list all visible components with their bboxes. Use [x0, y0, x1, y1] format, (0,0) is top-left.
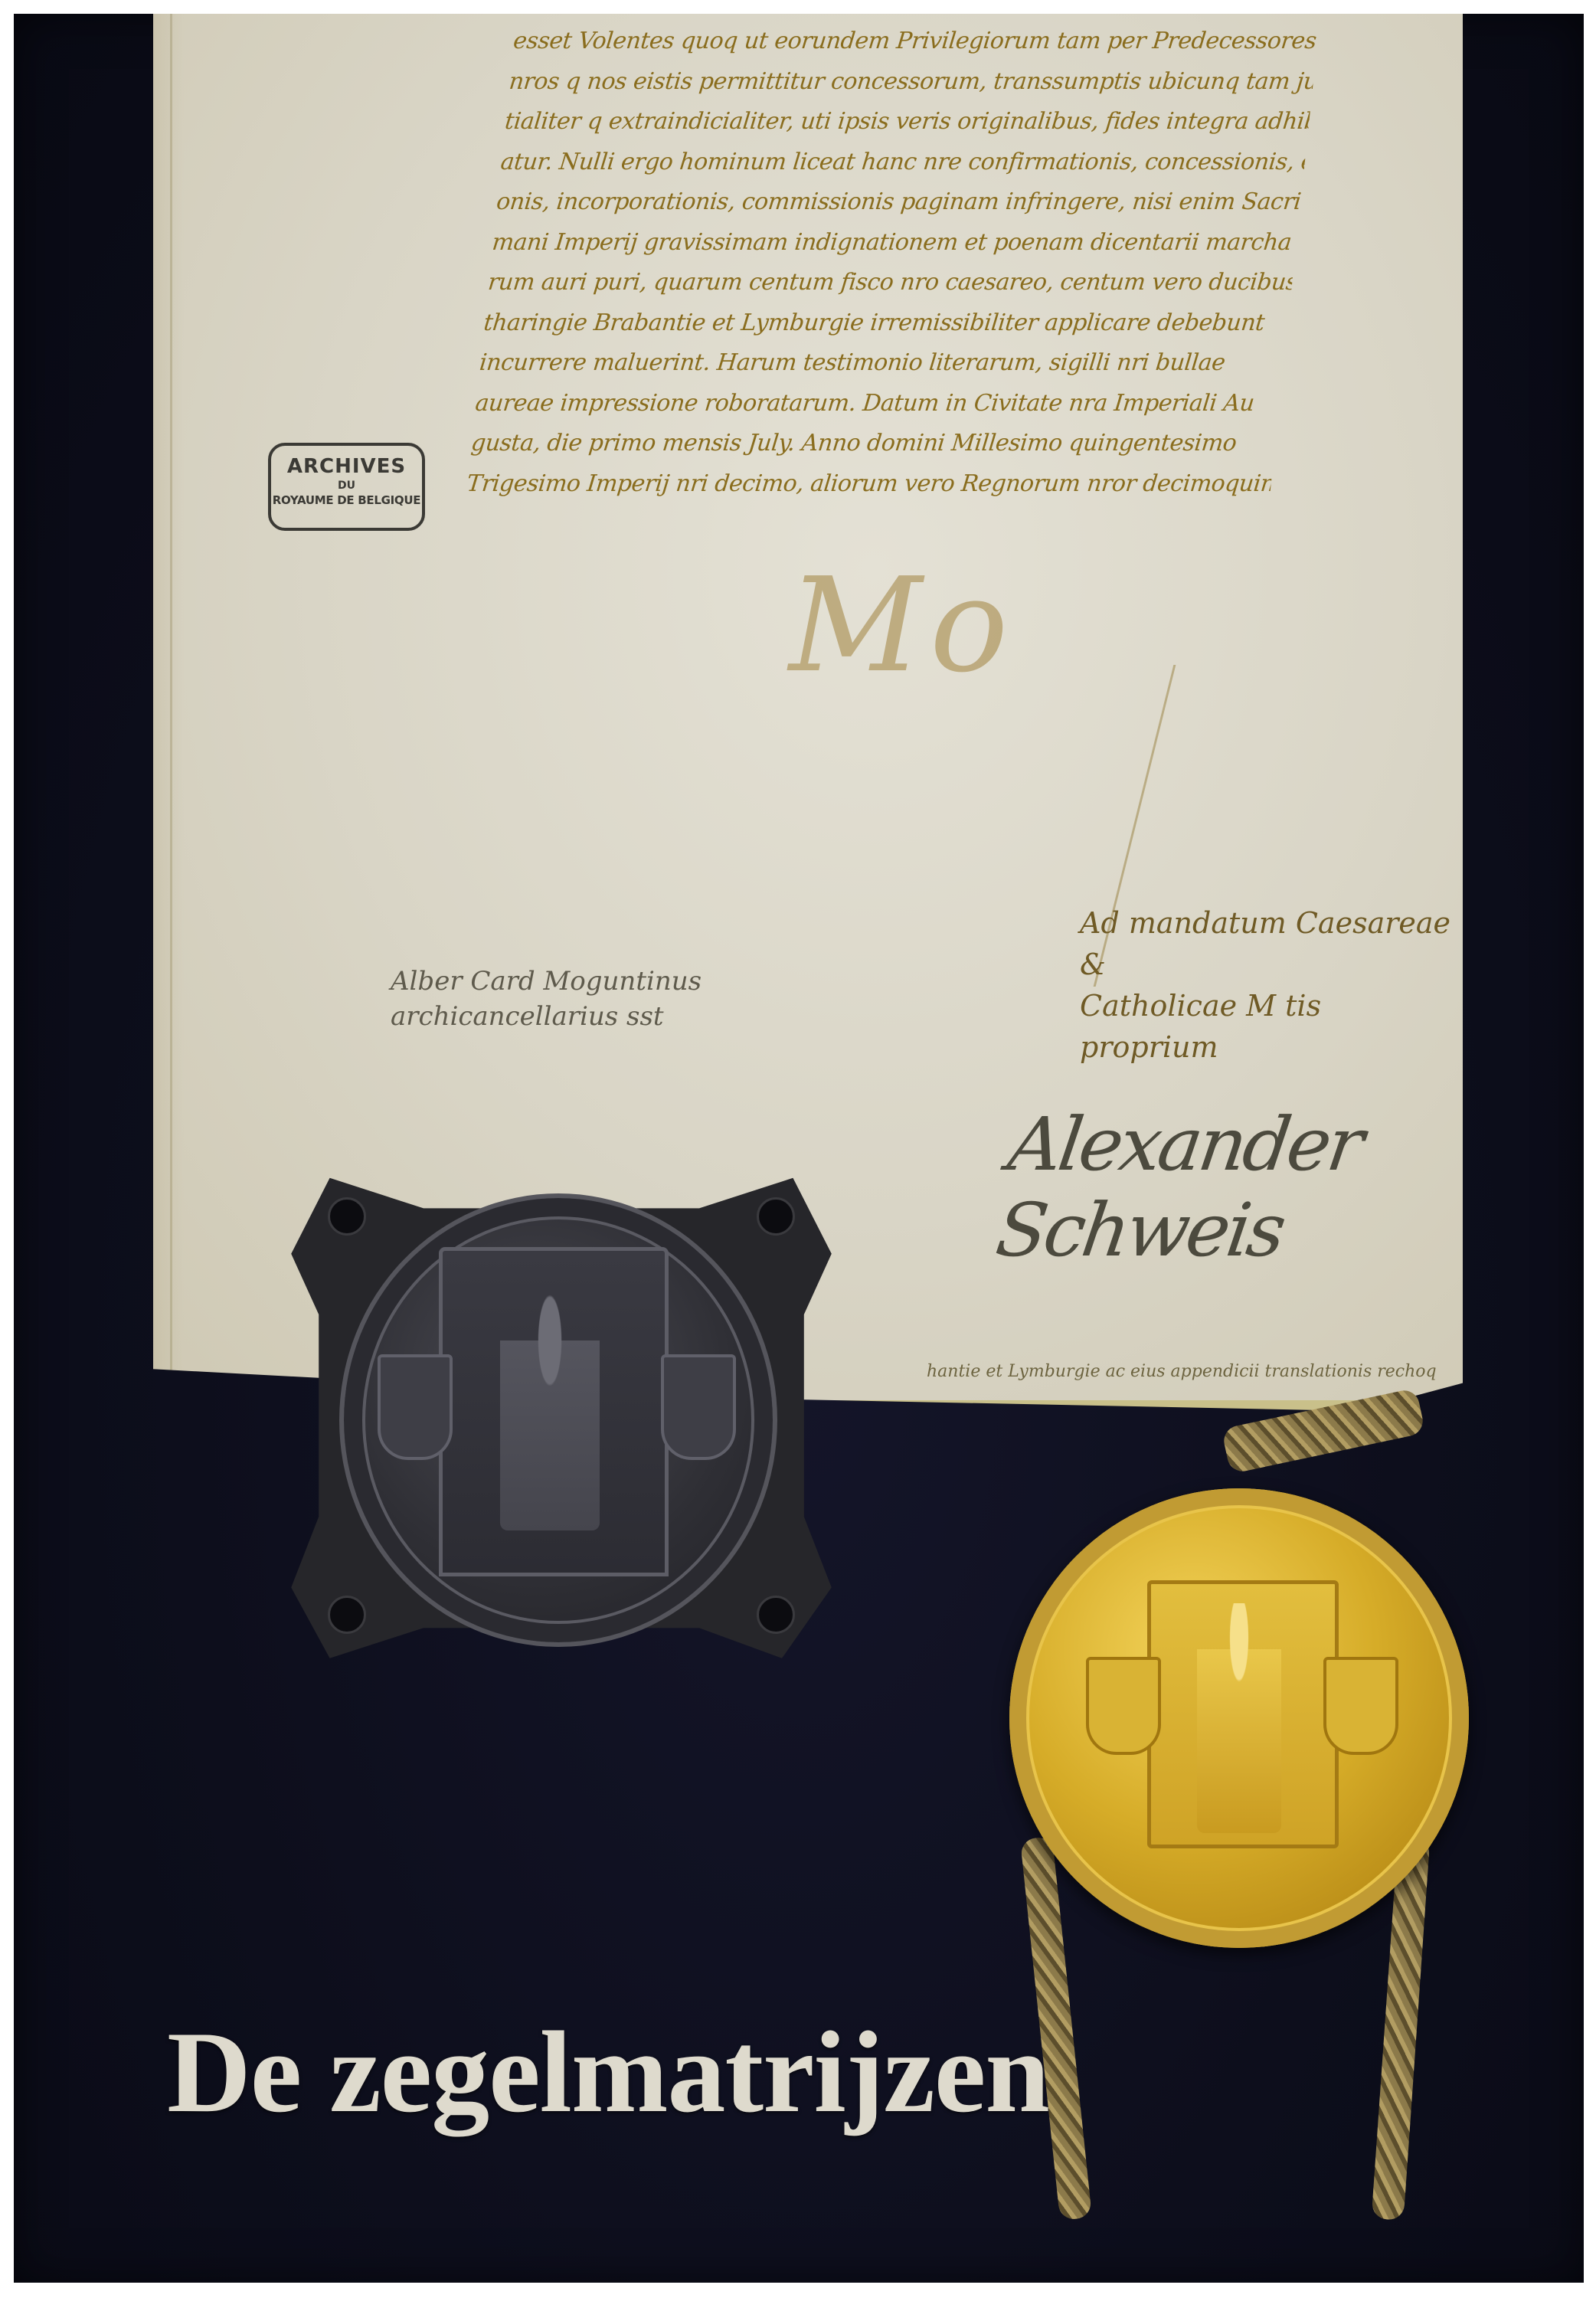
latin-line: tharingie Brabantie et Lymburgie irremis…	[482, 303, 1290, 344]
bottom-note: hantie et Lymburgie ac eius appendicii t…	[927, 1362, 1437, 1381]
matrix-hole	[757, 1596, 795, 1634]
latin-text-block: esset Volentes quoq ut eorundem Privileg…	[465, 21, 1320, 504]
gold-seal-shield-right	[1323, 1657, 1398, 1755]
latin-line: aureae impressione roboratarum. Datum in…	[473, 384, 1282, 424]
stamp-line-1: ARCHIVES	[271, 455, 422, 478]
latin-line: onis, incorporationis, commissionis pagi…	[495, 182, 1303, 223]
margin-note: Alber Card Moguntinus archicancellarius …	[391, 964, 702, 1034]
imperial-monogram: Mo	[789, 550, 1015, 702]
margin-note-line: Alber Card Moguntinus	[391, 964, 702, 999]
latin-line: esset Volentes quoq ut eorundem Privileg…	[512, 21, 1320, 62]
latin-line: atur. Nulli ergo hominum liceat hanc nre…	[499, 142, 1307, 183]
latin-line: gusta, die primo mensis July. Anno domin…	[469, 424, 1277, 464]
latin-line: Trigesimo Imperij nri decimo, aliorum ve…	[465, 464, 1274, 505]
latin-line: nros q nos eistis permittitur concessoru…	[507, 62, 1316, 103]
gold-seal-enthroned-figure	[1197, 1603, 1281, 1833]
latin-line: incurrere maluerint. Harum testimonio li…	[477, 343, 1286, 384]
cover-title: De zegelmatrijzen	[167, 2005, 1049, 2139]
latin-line: mani Imperij gravissimam indignationem e…	[490, 223, 1299, 264]
mandatum-note: Ad mandatum Caesareae & Catholicae M tis…	[1080, 902, 1463, 1068]
matrix-hole	[757, 1197, 795, 1236]
matrix-shield-right	[661, 1354, 736, 1460]
latin-line: tialiter q extraindicialiter, uti ipsis …	[503, 102, 1312, 142]
gold-seal-icon	[1009, 1488, 1469, 1948]
mandatum-line: Catholicae M tis proprium	[1080, 985, 1463, 1068]
stamp-line-3: ROYAUME DE BELGIQUE	[271, 493, 422, 507]
book-cover: esset Volentes quoq ut eorundem Privileg…	[14, 14, 1584, 2283]
seal-matrix-icon	[286, 1163, 837, 1668]
mandatum-line: Ad mandatum Caesareae &	[1080, 902, 1463, 985]
signature: Alexander Schweis	[991, 1102, 1474, 1273]
gold-seal-shield-left	[1086, 1657, 1161, 1755]
latin-line: rum auri puri, quarum centum fisco nro c…	[486, 263, 1294, 303]
matrix-hole	[328, 1596, 366, 1634]
matrix-enthroned-figure	[500, 1293, 600, 1530]
stamp-line-2: DU	[271, 480, 422, 492]
matrix-shield-left	[378, 1354, 453, 1460]
archives-stamp: ARCHIVES DU ROYAUME DE BELGIQUE	[268, 443, 425, 531]
matrix-hole	[328, 1197, 366, 1236]
margin-note-line: archicancellarius sst	[391, 999, 702, 1034]
